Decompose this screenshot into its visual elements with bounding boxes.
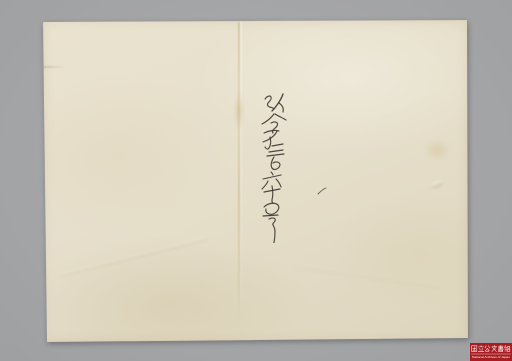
edge-crease [42, 66, 66, 68]
diagonal-crease [62, 236, 209, 277]
fold-stain [234, 91, 244, 131]
diagonal-crease [292, 264, 441, 289]
paper-sheet [42, 19, 469, 343]
document-paper [42, 19, 469, 343]
archive-stamp: National Archives of Japan [470, 343, 512, 361]
handwritten-inscription [250, 88, 340, 243]
fold-crease-highlight [240, 22, 242, 312]
scan-background: National Archives of Japan [0, 0, 512, 361]
archive-name-english: National Archives of Japan [472, 355, 511, 359]
paper-stain [424, 139, 450, 161]
paper-dimple [429, 179, 445, 190]
